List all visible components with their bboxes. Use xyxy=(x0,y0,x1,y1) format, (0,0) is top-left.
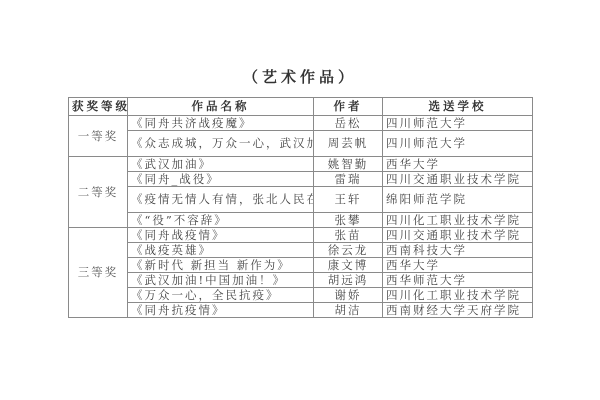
school-name: 四川交通职业技术学院 xyxy=(383,172,533,187)
table-row: 一等奖 《同舟共济战疫魔》 岳松 四川师范大学 xyxy=(69,116,533,131)
table-row: 《“役”不容辞》 张攀 四川化工职业技术学院 xyxy=(69,213,533,228)
school-name: 四川师范大学 xyxy=(383,131,533,157)
author-name: 岳松 xyxy=(314,116,383,131)
work-title: 《武汉加油!中国加油！》 xyxy=(128,273,314,288)
work-title: 《疫情无情人有情，张北人民在行动》 xyxy=(128,187,314,213)
work-title: 《万众一心，全民抗疫》 xyxy=(128,288,314,303)
work-title: 《同舟_战役》 xyxy=(128,172,314,187)
school-name: 西华大学 xyxy=(383,157,533,172)
table-row: 《众志成城，万众一心，武汉加油》 周芸帆 四川师范大学 xyxy=(69,131,533,157)
table-row: 《疫情无情人有情，张北人民在行动》 王轩 绵阳师范学院 xyxy=(69,187,533,213)
table-row: 《万众一心，全民抗疫》 谢娇 四川化工职业技术学院 xyxy=(69,288,533,303)
work-title: 《同舟战疫情》 xyxy=(128,228,314,243)
header-author: 作者 xyxy=(314,98,383,116)
author-name: 张苗 xyxy=(314,228,383,243)
school-name: 绵阳师范学院 xyxy=(383,187,533,213)
section-title: （艺术作品） xyxy=(0,66,600,87)
work-title: 《“役”不容辞》 xyxy=(128,213,314,228)
work-title: 《武汉加油》 xyxy=(128,157,314,172)
header-award-level: 获奖等级 xyxy=(69,98,128,116)
award-level-third: 三等奖 xyxy=(69,228,128,318)
header-work-title: 作品名称 xyxy=(128,98,314,116)
award-level-second: 二等奖 xyxy=(69,157,128,228)
author-name: 雷瑞 xyxy=(314,172,383,187)
table-row: 三等奖 《同舟战疫情》 张苗 四川交通职业技术学院 xyxy=(69,228,533,243)
table-row: 《同舟抗疫情》 胡洁 西南财经大学天府学院 xyxy=(69,303,533,318)
school-name: 四川化工职业技术学院 xyxy=(383,288,533,303)
school-name: 西华大学 xyxy=(383,258,533,273)
author-name: 胡洁 xyxy=(314,303,383,318)
author-name: 周芸帆 xyxy=(314,131,383,157)
school-name: 西南科技大学 xyxy=(383,243,533,258)
table-header-row: 获奖等级 作品名称 作者 选送学校 xyxy=(69,98,533,116)
school-name: 四川化工职业技术学院 xyxy=(383,213,533,228)
work-title: 《同舟共济战疫魔》 xyxy=(128,116,314,131)
author-name: 张攀 xyxy=(314,213,383,228)
author-name: 徐云龙 xyxy=(314,243,383,258)
table-row: 《战疫英雄》 徐云龙 西南科技大学 xyxy=(69,243,533,258)
work-title: 《同舟抗疫情》 xyxy=(128,303,314,318)
school-name: 西华师范大学 xyxy=(383,273,533,288)
table-row: 《同舟_战役》 雷瑞 四川交通职业技术学院 xyxy=(69,172,533,187)
school-name: 四川师范大学 xyxy=(383,116,533,131)
work-title: 《战疫英雄》 xyxy=(128,243,314,258)
awards-table: 获奖等级 作品名称 作者 选送学校 一等奖 《同舟共济战疫魔》 岳松 四川师范大… xyxy=(68,97,533,318)
author-name: 谢娇 xyxy=(314,288,383,303)
table-row: 二等奖 《武汉加油》 姚智勤 西华大学 xyxy=(69,157,533,172)
table-row: 《新时代 新担当 新作为》 康文博 西华大学 xyxy=(69,258,533,273)
work-title: 《众志成城，万众一心，武汉加油》 xyxy=(128,131,314,157)
table-row: 《武汉加油!中国加油！》 胡远鸿 西华师范大学 xyxy=(69,273,533,288)
author-name: 胡远鸿 xyxy=(314,273,383,288)
award-level-first: 一等奖 xyxy=(69,116,128,157)
work-title: 《新时代 新担当 新作为》 xyxy=(128,258,314,273)
author-name: 王轩 xyxy=(314,187,383,213)
school-name: 西南财经大学天府学院 xyxy=(383,303,533,318)
school-name: 四川交通职业技术学院 xyxy=(383,228,533,243)
author-name: 康文博 xyxy=(314,258,383,273)
header-school: 选送学校 xyxy=(383,98,533,116)
author-name: 姚智勤 xyxy=(314,157,383,172)
